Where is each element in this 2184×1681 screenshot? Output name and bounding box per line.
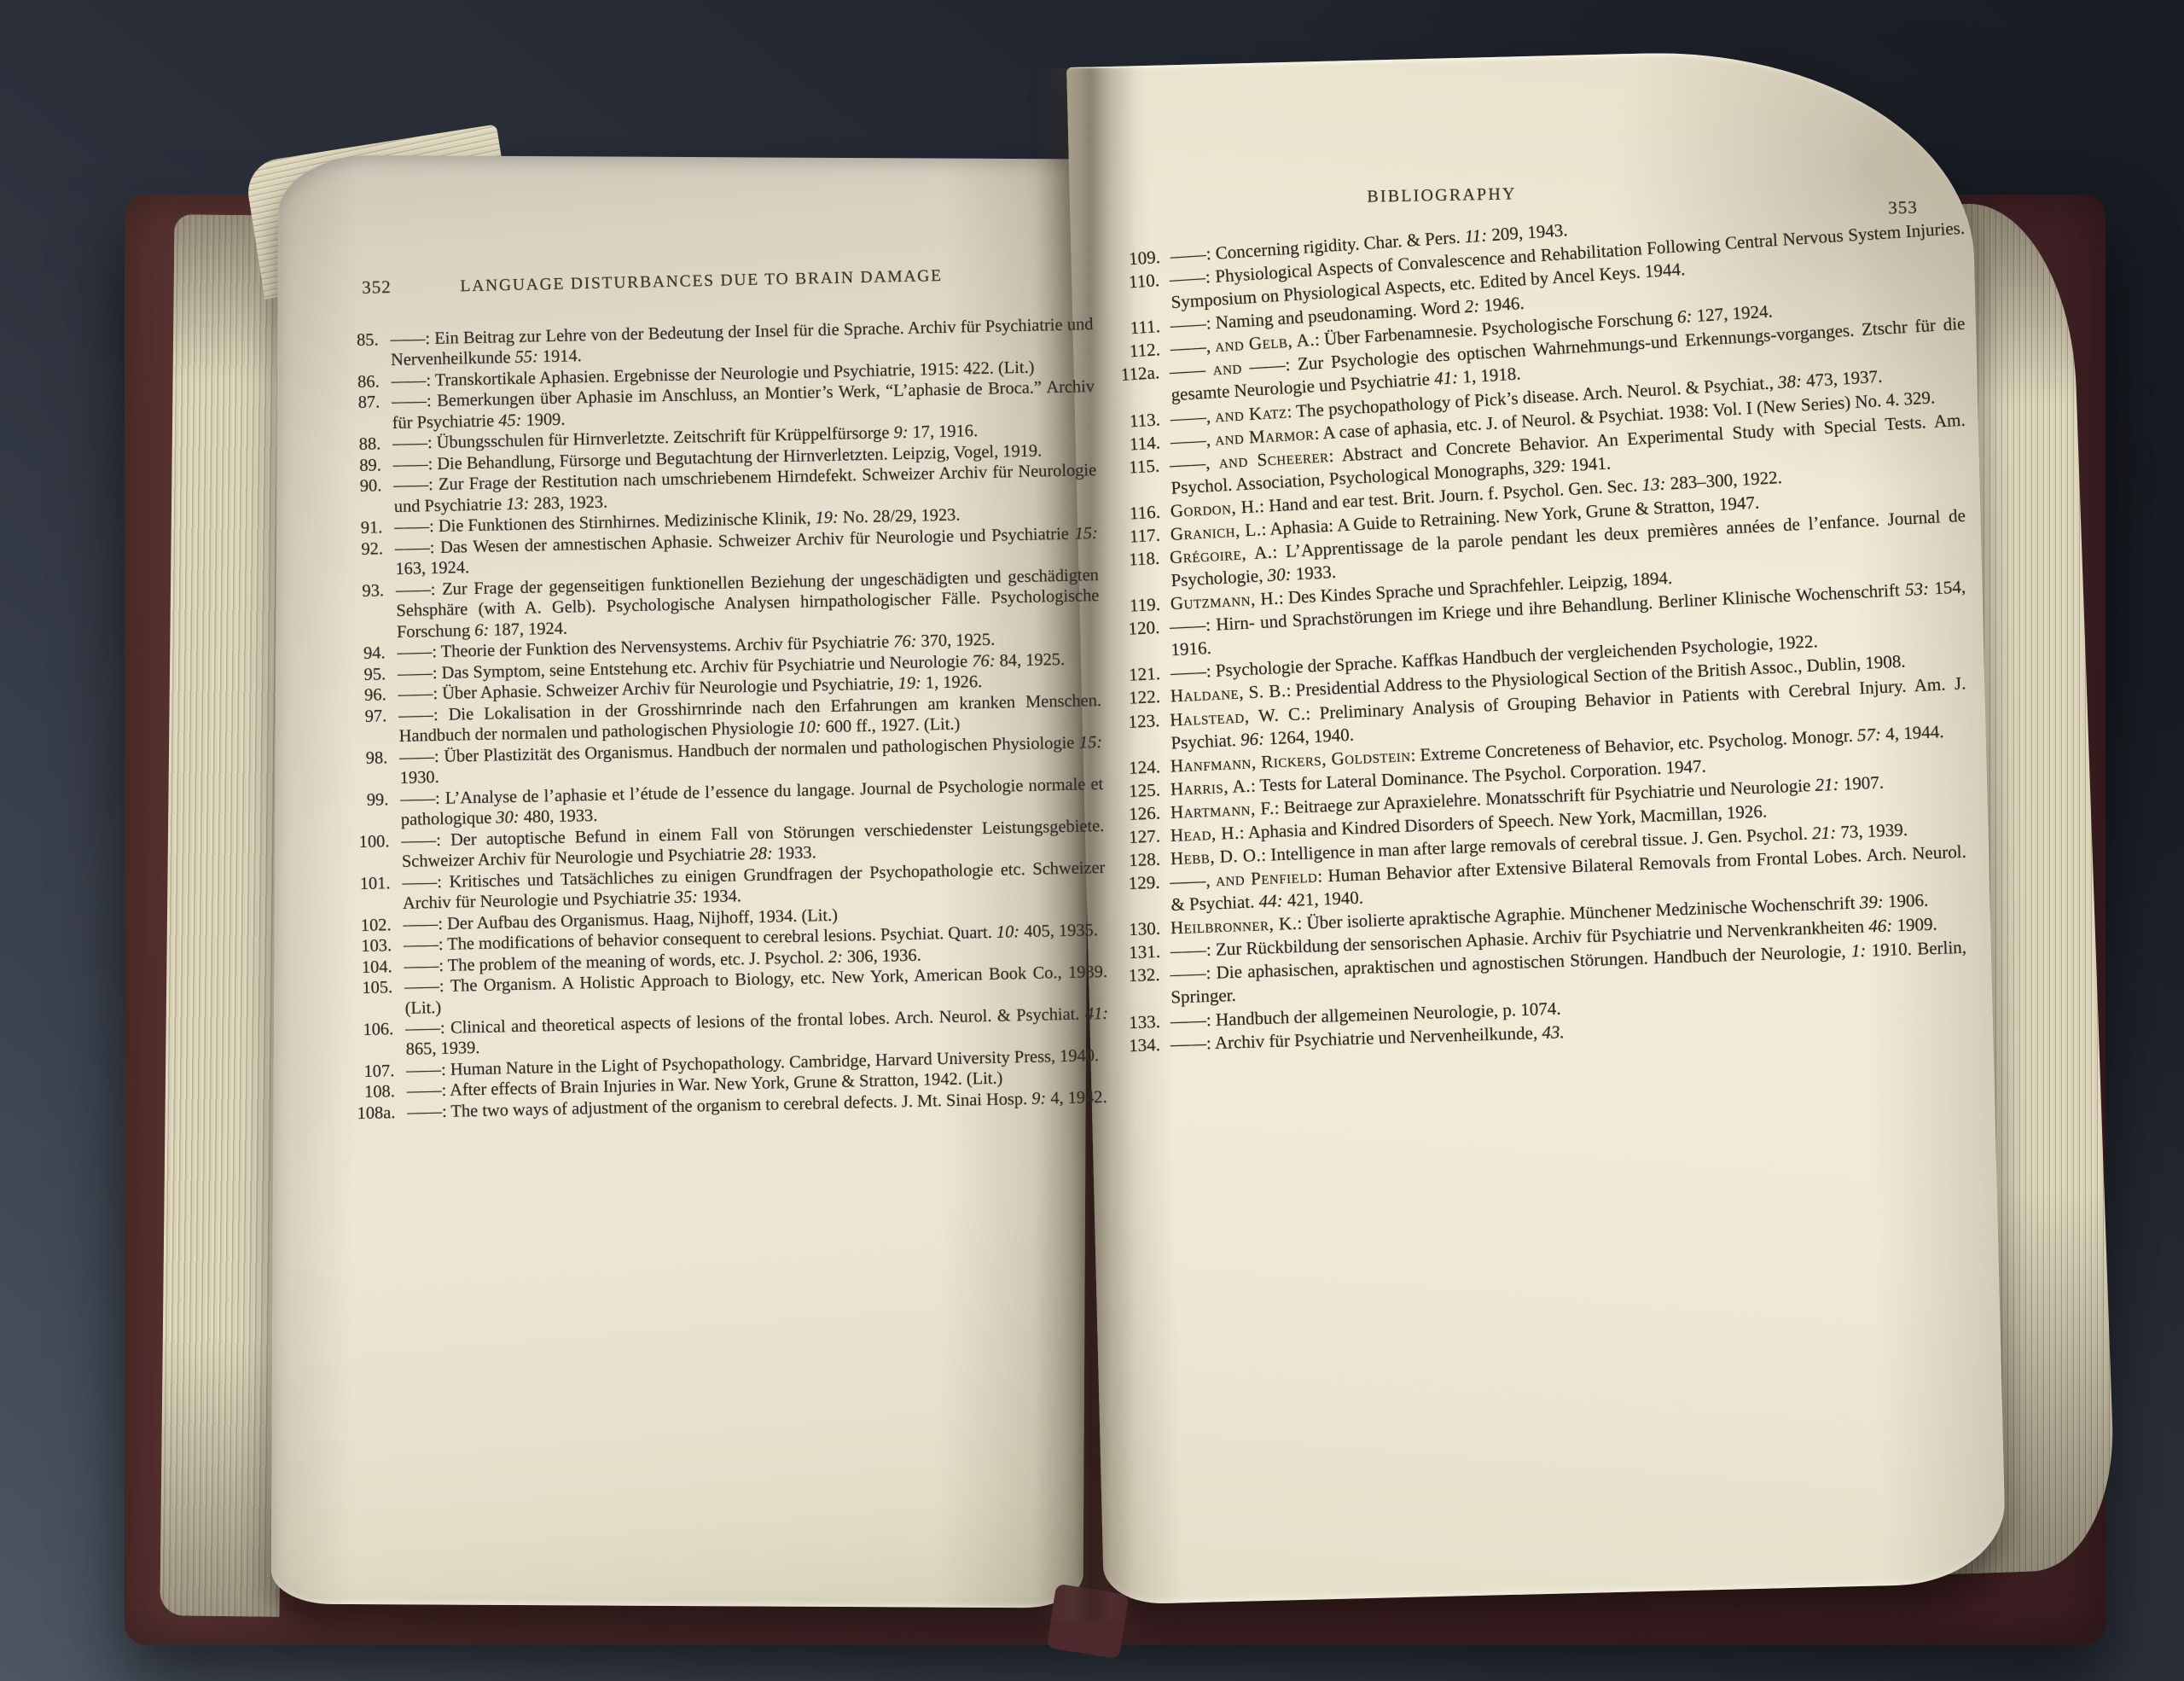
right-page-text: BIBLIOGRAPHY 353 109.——: Concerning rigi… [1107,186,1967,1058]
entry-number: 85. [315,329,391,352]
entry-number: 106. [330,1019,406,1041]
entry-number: 112a. [1106,361,1170,388]
entry-number: 118. [1107,546,1170,573]
entry-number: 100. [326,831,402,853]
entry-number: 125. [1107,778,1170,804]
entry-number: 108a. [332,1102,408,1125]
entry-number: 101. [327,873,403,895]
entry-number: 90. [318,475,394,497]
entry-number: 92. [320,538,396,561]
entry-number: 95. [322,664,398,686]
left-page-text: 352 LANGUAGE DISTURBANCES DUE TO BRAIN D… [314,261,1110,1125]
entry-number: 134. [1107,1032,1171,1057]
entry-number: 89. [318,455,394,477]
left-page-number: 352 [362,276,422,299]
entry-number: 107. [331,1061,407,1083]
entry-number: 128. [1107,847,1170,873]
entry-number: 129. [1107,870,1170,896]
entry-number: 126. [1107,801,1170,827]
entry-number: 114. [1107,430,1170,457]
entry-number: 94. [322,643,398,665]
entry-number: 122. [1107,685,1170,712]
entry-number: 86. [316,371,392,393]
entry-number: 113. [1107,407,1170,433]
entry-number: 116. [1107,500,1170,526]
entry-number: 123. [1107,708,1170,734]
entry-number: 119. [1107,592,1170,619]
entry-number: 121. [1107,662,1170,689]
entry-number: 98. [324,747,400,770]
entry-number: 130. [1107,917,1171,943]
entry-number: 115. [1106,454,1170,480]
entry-number: 110. [1106,268,1170,295]
left-bibliography-list: 85.——: Ein Beitrag zur Lehre von der Bed… [315,314,1110,1125]
entry-number: 103. [328,935,404,957]
entry-number: 120. [1107,616,1170,643]
entry-number: 131. [1107,940,1171,966]
entry-number: 132. [1107,963,1170,989]
entry-number: 87. [317,393,392,415]
entry-number: 108. [332,1081,408,1103]
entry-number: 105. [329,977,405,999]
entry-number: 124. [1107,754,1170,780]
entry-number: 117. [1107,523,1170,550]
right-bibliography-list: 109.——: Concerning rigidity. Char. & Per… [1107,249,1967,1058]
book-photo: 352 LANGUAGE DISTURBANCES DUE TO BRAIN D… [0,0,2184,1681]
entry-number: 96. [322,684,398,707]
entry-number: 91. [319,517,395,539]
entry-number: 127. [1107,824,1170,850]
entry-number: 93. [321,580,397,602]
entry-number: 99. [325,789,401,811]
entry-number: 133. [1107,1009,1171,1034]
entry-number: 88. [317,433,393,456]
entry-number: 104. [328,956,404,978]
entry-number: 97. [323,706,399,728]
entry-number: 102. [328,914,404,936]
